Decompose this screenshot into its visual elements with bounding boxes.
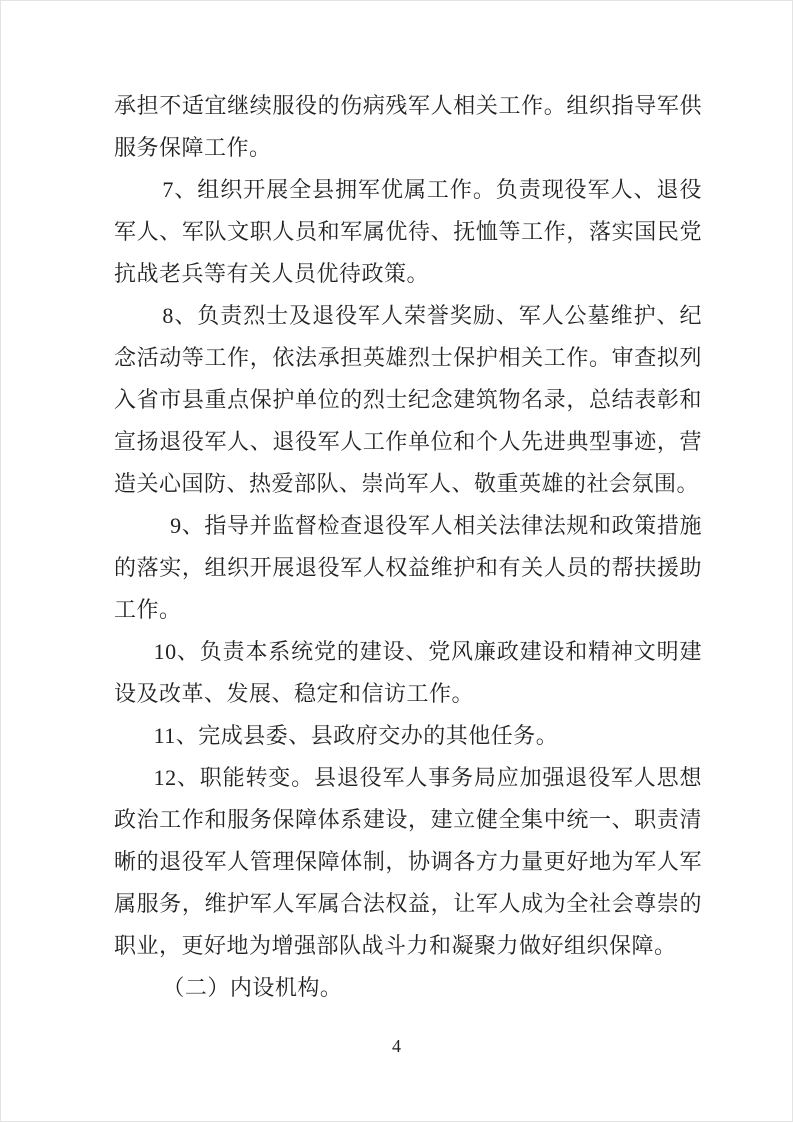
page-number: 4 xyxy=(1,1035,792,1057)
section-heading-internal-organs: （二）内设机构。 xyxy=(114,967,702,1009)
document-page: 承担不适宜继续服役的伤病残军人相关工作。组织指导军供服务保障工作。 7、组织开展… xyxy=(0,0,793,1122)
paragraph-item-8: 8、负责烈士及退役军人荣誉奖励、军人公墓维护、纪念活动等工作，依法承担英雄烈士保… xyxy=(114,295,702,505)
paragraph-continuation: 承担不适宜继续服役的伤病残军人相关工作。组织指导军供服务保障工作。 xyxy=(114,85,702,169)
document-body: 承担不适宜继续服役的伤病残军人相关工作。组织指导军供服务保障工作。 7、组织开展… xyxy=(114,85,702,1009)
paragraph-item-10: 10、负责本系统党的建设、党风廉政建设和精神文明建设及改革、发展、稳定和信访工作… xyxy=(114,631,702,715)
paragraph-item-12: 12、职能转变。县退役军人事务局应加强退役军人思想政治工作和服务保障体系建设，建… xyxy=(114,757,702,967)
paragraph-item-11: 11、完成县委、县政府交办的其他任务。 xyxy=(114,715,702,757)
paragraph-item-7: 7、组织开展全县拥军优属工作。负责现役军人、退役军人、军队文职人员和军属优待、抚… xyxy=(114,169,702,295)
paragraph-item-9: 9、指导并监督检查退役军人相关法律法规和政策措施的落实，组织开展退役军人权益维护… xyxy=(114,505,702,631)
